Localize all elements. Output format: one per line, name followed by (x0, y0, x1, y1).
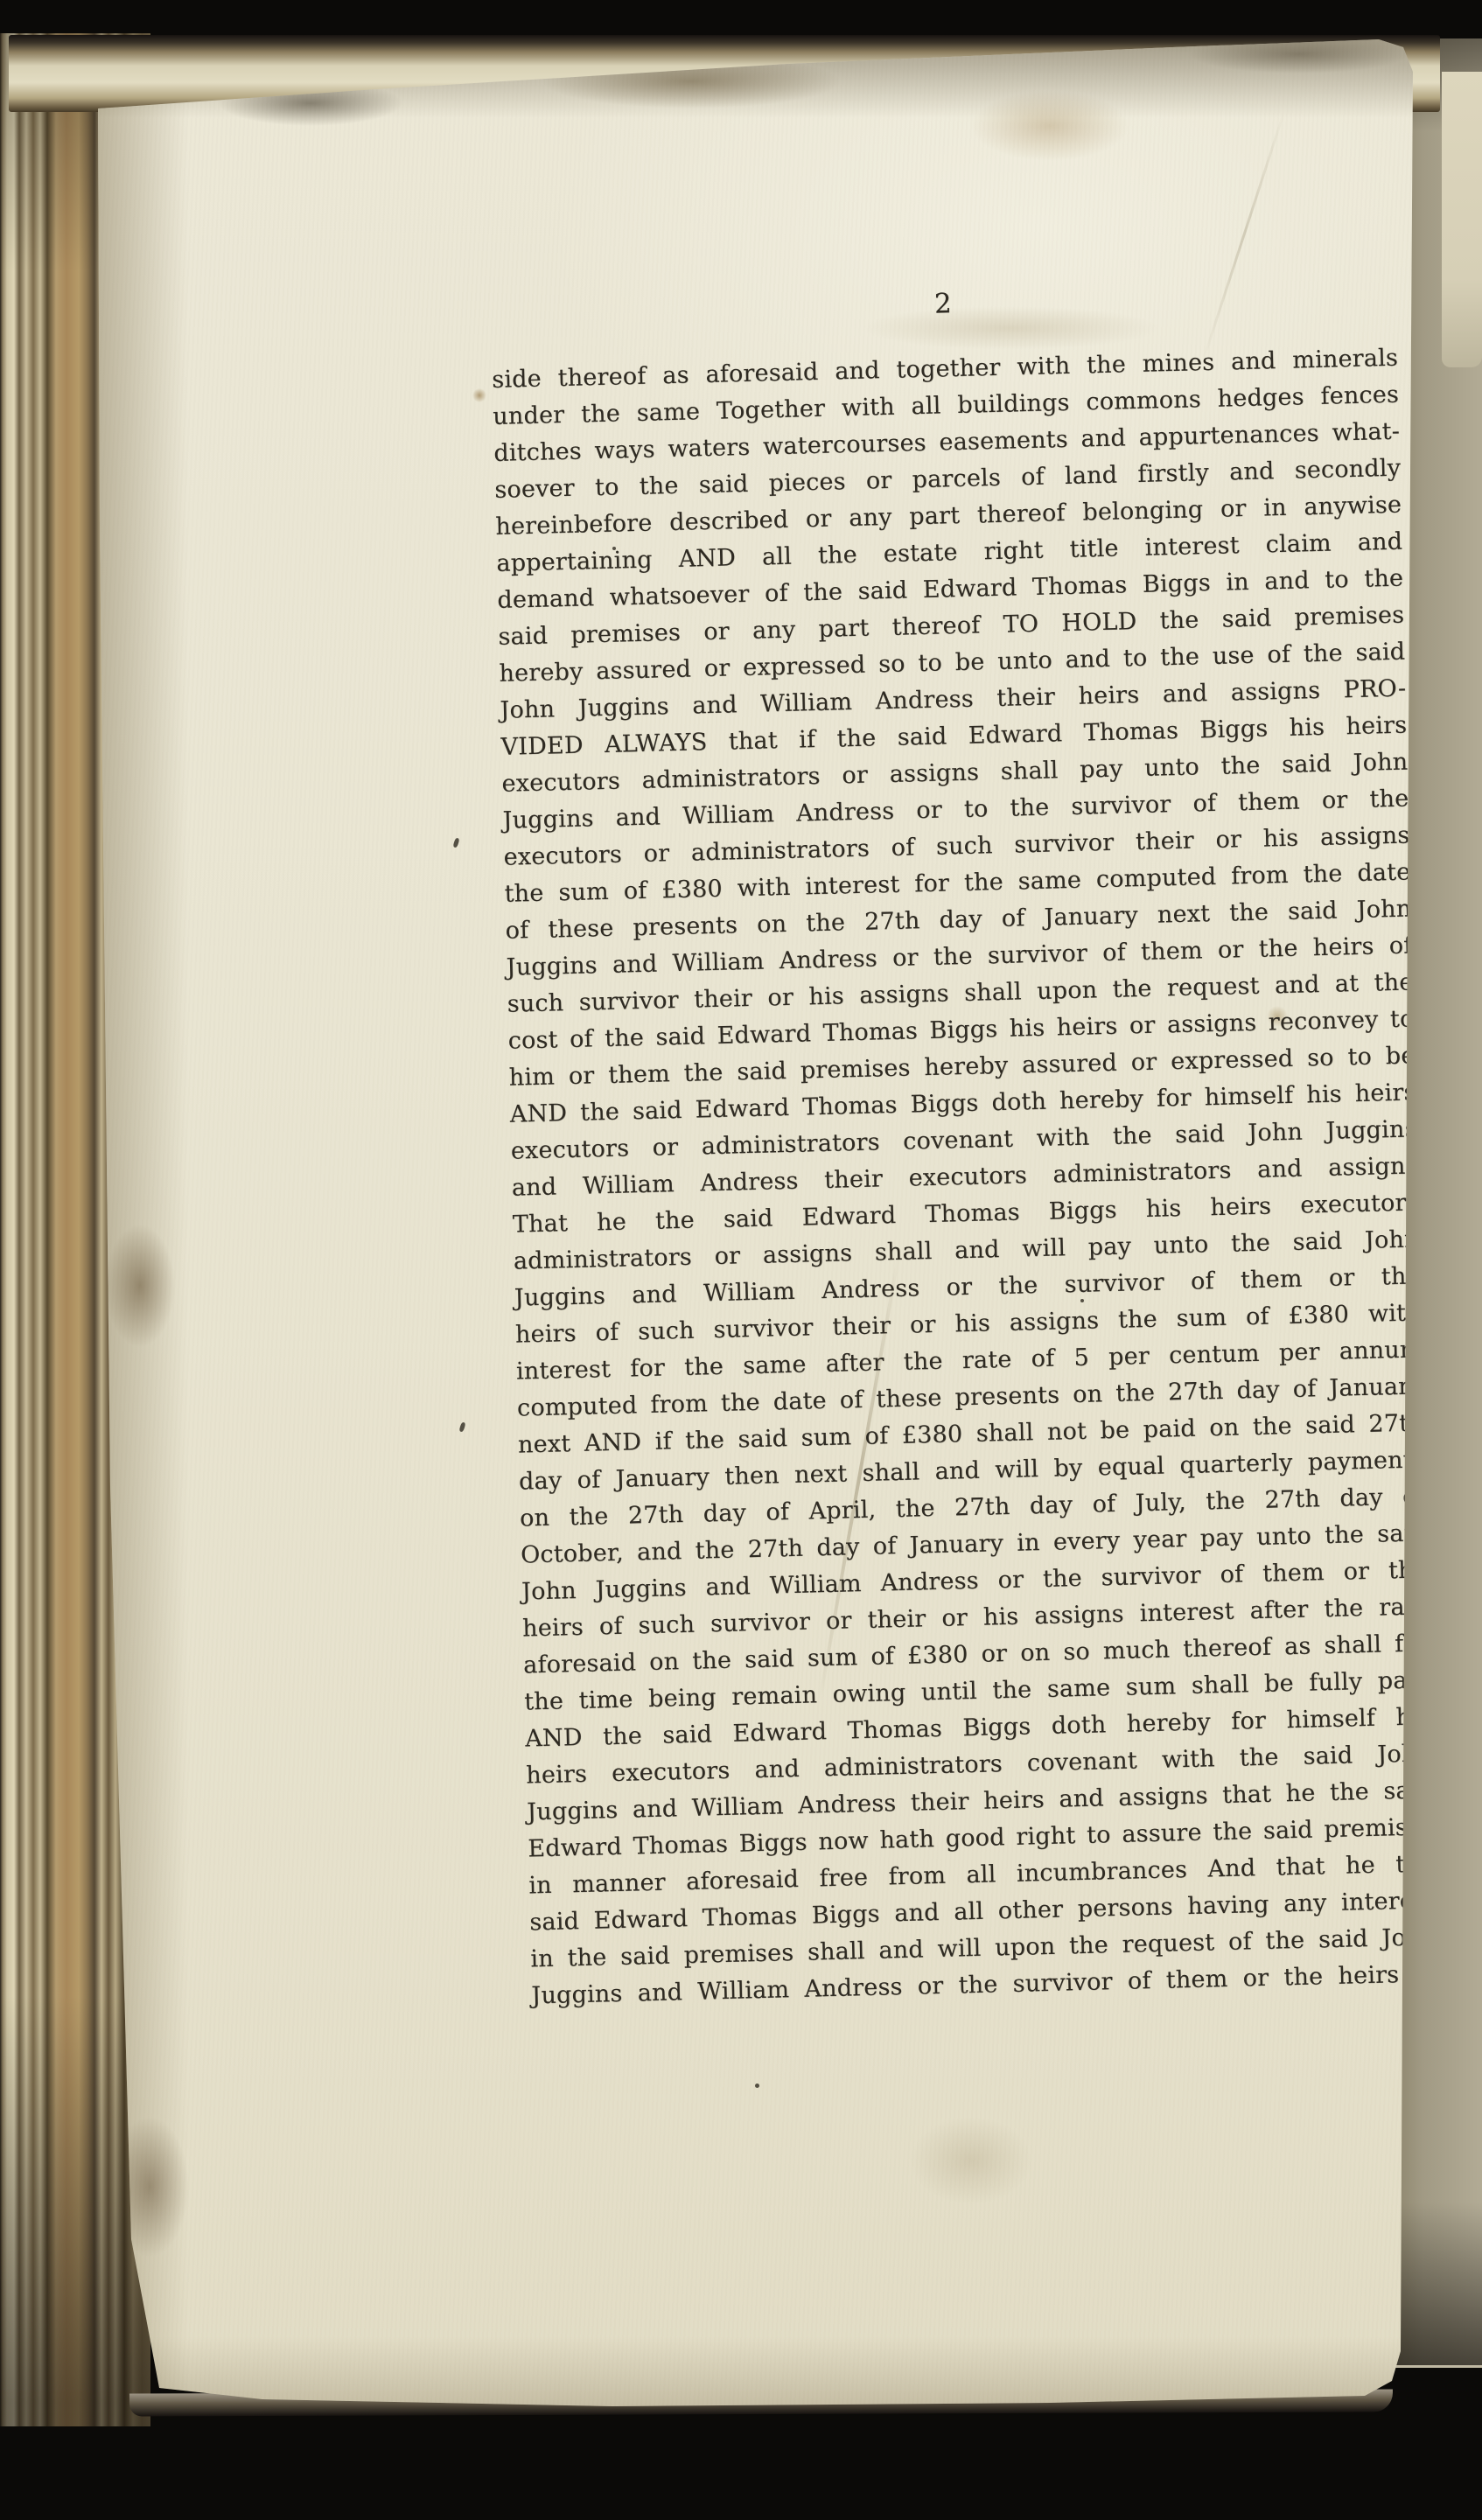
book-page: 2 side thereof as aforesaid and together… (0, 0, 1482, 2520)
ink-speck-3 (755, 2084, 759, 2088)
stain-bottom-faint (910, 2117, 1032, 2204)
stain-upper-right-blotch (971, 91, 1129, 161)
margin-mark-2 (458, 1421, 465, 1432)
book-scan: { "page": { "number": "2", "lines": [ "s… (0, 0, 1482, 2520)
right-page-edge-sliver (1442, 72, 1482, 367)
page-number: 2 (490, 276, 1397, 336)
printed-text-block: 2 side thereof as aforesaid and together… (490, 276, 1438, 2015)
margin-mark-1 (452, 837, 459, 848)
text-lines: side thereof as aforesaid and together w… (492, 340, 1438, 2015)
stain-margin-dot (472, 388, 486, 402)
stain-gutter-mid (105, 1225, 175, 1347)
